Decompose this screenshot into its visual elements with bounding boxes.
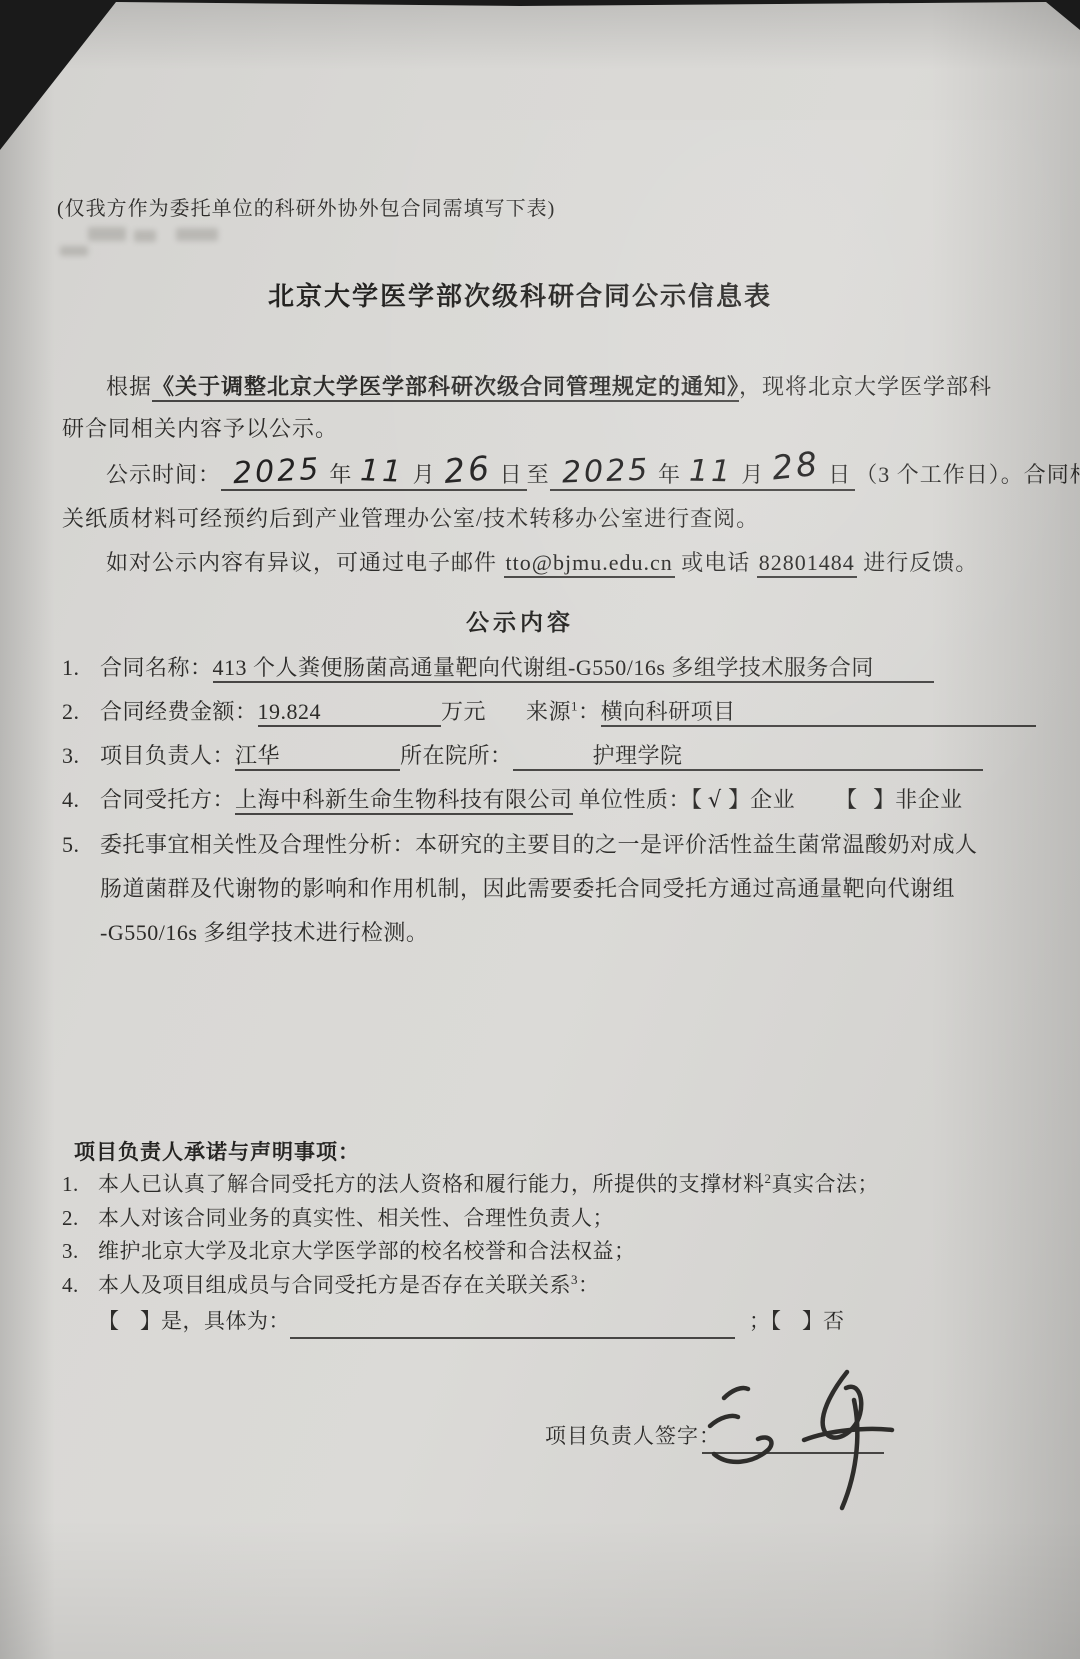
item-body: 合同名称：413 个人粪便肠菌高通量靶向代谢组-G550/16s 多组学技术服务…: [100, 646, 1048, 690]
day-unit: 日: [500, 462, 523, 487]
month-unit: 月: [741, 462, 764, 487]
item-number: 4.: [48, 1269, 98, 1303]
intro-line-2: 研合同相关内容予以公示。: [62, 408, 1022, 450]
leader-value-underline: 江华: [235, 743, 400, 771]
leader-value: 江华: [235, 743, 280, 768]
period-line-1: 公示时间：2025年11月26日至2025年11月28日（3 个工作日）。合同相: [62, 448, 1022, 498]
contract-name-label: 合同名称：: [100, 655, 213, 680]
handwritten-start-year: 2025: [224, 446, 331, 497]
details-blank-underline: [290, 1313, 735, 1339]
year-unit: 年: [329, 462, 352, 487]
signature-handwriting: [684, 1356, 914, 1526]
source-label: 来源1：: [526, 699, 601, 724]
contractor-value: 上海中科新生命生物科技有限公司: [235, 787, 573, 815]
paper-sheet: (仅我方作为委托单位的科研外协外包合同需填写下表) 北京大学医学部次级科研合同公…: [0, 0, 1080, 1659]
text-post: ：: [578, 1273, 600, 1297]
analysis-line-3: -G550/16s 多组学技术进行检测。: [100, 911, 1048, 955]
signature-stroke: [724, 1388, 748, 1398]
item-body: 项目负责人：江华所在院所：护理学院: [100, 734, 1048, 778]
item-number: 3.: [48, 734, 100, 778]
leader-label: 项目负责人：: [100, 743, 235, 768]
analysis-line-2: 肠道菌群及代谢物的影响和作用机制，因此需要委托合同受托方通过高通量靶向代谢组: [100, 867, 1048, 911]
source-colon: ：: [578, 699, 601, 724]
item-body: 委托事宜相关性及合理性分析：本研究的主要目的之一是评价活性益生菌常温酸奶对成人 …: [100, 823, 1048, 955]
checkbox-no: 【 】: [771, 1309, 824, 1333]
signature-stroke: [710, 1416, 738, 1426]
source-value-underline: 横向科研项目: [601, 699, 1036, 727]
institute-value: 护理学院: [593, 743, 683, 768]
intro-after: ，现将北京大学医学部科: [739, 374, 992, 399]
option-enterprise: 企业: [750, 787, 795, 812]
analysis-text-1: 本研究的主要目的之一是评价活性益生菌常温酸奶对成人: [415, 832, 978, 857]
phone-text: 82801484: [757, 550, 857, 578]
day-unit: 日: [828, 462, 851, 487]
intro-prefix: 根据: [106, 374, 152, 399]
handwritten-end-day: 28: [762, 440, 830, 492]
bracket-close: 】: [873, 787, 895, 812]
item-number: 1.: [48, 1168, 98, 1202]
footnote-sup: 3: [571, 1272, 578, 1287]
relation-option-row: 【 】是，具体为：；【 】否: [98, 1305, 1048, 1339]
period-after: （3 个工作日）。合同相: [855, 462, 1080, 487]
item-number: 3.: [48, 1235, 98, 1269]
feedback-line: 如对公示内容有异议，可通过电子邮件 tto@bjmu.edu.cn 或电话 82…: [62, 542, 1066, 584]
contractor-label: 合同受托方：: [100, 787, 235, 812]
item-number: 4.: [48, 778, 100, 823]
content-heading: 公示内容: [0, 604, 1040, 637]
year-unit: 年: [658, 462, 681, 487]
contract-name-value: 413 个人粪便肠菌高通量靶向代谢组-G550/16s 多组学技术服务合同: [213, 655, 934, 683]
publicity-period: 公示时间：2025年11月26日至2025年11月28日（3 个工作日）。合同相…: [62, 448, 1022, 540]
text-post: 真实合法；: [772, 1172, 880, 1196]
item-number: 2.: [48, 690, 100, 734]
handwritten-end-month: 11: [681, 448, 742, 495]
handwritten-end-year: 2025: [553, 447, 659, 497]
intro-paragraph: 根据《关于调整北京大学医学部科研次级合同管理规定的通知》，现将北京大学医学部科 …: [62, 366, 1022, 450]
email-text: tto@bjmu.edu.cn: [504, 550, 675, 578]
photo-shadow-bottom: [0, 1519, 1080, 1659]
checkbox-non-enterprise: 【】: [835, 787, 895, 812]
declaration-text: 本人已认真了解合同受托方的法人资格和履行能力，所提供的支撑材料2真实合法；: [98, 1168, 879, 1202]
text-pre: 本人已认真了解合同受托方的法人资格和履行能力，所提供的支撑材料: [98, 1172, 765, 1196]
handwritten-start-month: 11: [352, 448, 414, 496]
option-non-enterprise: 非企业: [895, 787, 963, 812]
month-unit: 月: [413, 462, 436, 487]
footnote-sup: 2: [765, 1171, 772, 1186]
top-note: (仅我方作为委托单位的科研外协外包合同需填写下表): [57, 192, 555, 221]
item-body: 合同受托方：上海中科新生命生物科技有限公司 单位性质：【√】企业【】非企业: [100, 778, 1048, 823]
signature-stroke: [842, 1400, 857, 1508]
handwritten-start-day: 26: [434, 444, 502, 495]
signature-stroke: [714, 1437, 771, 1461]
source-label-text: 来源: [526, 699, 571, 724]
item-body: 合同经费金额：19.824万元来源1：横向科研项目: [100, 690, 1048, 734]
notice-title: 《关于调整北京大学医学部科研次级合同管理规定的通知》: [152, 374, 739, 402]
amount-value-underline: 19.824: [258, 699, 442, 727]
intro-line-1: 根据《关于调整北京大学医学部科研次级合同管理规定的通知》，现将北京大学医学部科: [62, 366, 1022, 408]
item-number: 5.: [48, 823, 100, 955]
photo-shadow-left: [0, 0, 55, 1659]
declaration-item: 2. 本人对该合同业务的真实性、相关性、合理性负责人；: [48, 1202, 1048, 1236]
option-yes-label: 是，具体为：: [161, 1309, 290, 1333]
analysis-label: 委托事宜相关性及合理性分析：: [100, 832, 415, 857]
ink-bleed-mark: [88, 227, 126, 241]
amount-unit: 万元: [441, 699, 486, 724]
bracket-close: 】: [728, 787, 750, 812]
declaration-item: 4. 本人及项目组成员与合同受托方是否存在关联关系3：: [48, 1269, 1048, 1303]
feedback-suffix: 进行反馈。: [857, 550, 979, 575]
end-date-underline: 2025年11月28日: [550, 462, 856, 491]
analysis-line-1: 委托事宜相关性及合理性分析：本研究的主要目的之一是评价活性益生菌常温酸奶对成人: [100, 823, 1048, 867]
declaration-text: 本人及项目组成员与合同受托方是否存在关联关系3：: [98, 1269, 600, 1303]
institute-label: 所在院所：: [400, 743, 513, 768]
ink-bleed-mark: [134, 230, 156, 242]
period-line-2: 关纸质材料可经预约后到产业管理办公室/技术转移办公室进行查阅。: [62, 498, 1022, 540]
institute-value-underline: 护理学院: [513, 743, 983, 771]
page-title: 北京大学医学部次级科研合同公示信息表: [0, 276, 1040, 313]
option-no-label: 否: [823, 1309, 845, 1333]
text-pre: 本人及项目组成员与合同受托方是否存在关联关系: [98, 1273, 571, 1297]
entity-type-label: 单位性质：: [579, 787, 692, 812]
declaration-text: 维护北京大学及北京大学医学部的校名校誉和合法权益；: [98, 1235, 636, 1269]
declaration-text: 本人对该合同业务的真实性、相关性、合理性负责人；: [98, 1202, 614, 1236]
period-to: 至: [527, 462, 550, 487]
declaration-list: 1. 本人已认真了解合同受托方的法人资格和履行能力，所提供的支撑材料2真实合法；…: [48, 1168, 1048, 1339]
feedback-prefix: 如对公示内容有异议，可通过电子邮件: [106, 550, 504, 575]
footnote-sup: 1: [571, 699, 578, 714]
declaration-heading: 项目负责人承诺与声明事项：: [74, 1136, 360, 1166]
contract-items: 1. 合同名称：413 个人粪便肠菌高通量靶向代谢组-G550/16s 多组学技…: [48, 646, 1048, 955]
bracket-open: 【: [835, 787, 857, 812]
item-analysis: 5. 委托事宜相关性及合理性分析：本研究的主要目的之一是评价活性益生菌常温酸奶对…: [48, 823, 1048, 955]
source-value: 横向科研项目: [601, 699, 736, 724]
item-project-leader: 3. 项目负责人：江华所在院所：护理学院: [48, 734, 1048, 778]
ink-bleed-mark: [176, 228, 218, 241]
amount-label: 合同经费金额：: [100, 699, 258, 724]
item-number: 1.: [48, 646, 100, 690]
checkbox-enterprise: 【√】: [691, 787, 750, 812]
item-contract-name: 1. 合同名称：413 个人粪便肠菌高通量靶向代谢组-G550/16s 多组学技…: [48, 646, 1048, 690]
period-label: 公示时间：: [106, 462, 221, 487]
amount-value: 19.824: [258, 699, 322, 724]
start-date-underline: 2025年11月26日: [221, 462, 527, 491]
ink-bleed-mark: [60, 246, 88, 256]
separator: ；: [735, 1309, 771, 1333]
declaration-item: 3. 维护北京大学及北京大学医学部的校名校誉和合法权益；: [48, 1235, 1048, 1269]
checkbox-yes: 【 】: [98, 1309, 161, 1333]
photo-of-document: { "document": { "top_note": "(仅我方作为委托单位的…: [0, 0, 1080, 1659]
item-number: 2.: [48, 1202, 98, 1236]
item-contractor: 4. 合同受托方：上海中科新生命生物科技有限公司 单位性质：【√】企业【】非企业: [48, 778, 1048, 823]
declaration-item: 1. 本人已认真了解合同受托方的法人资格和履行能力，所提供的支撑材料2真实合法；: [48, 1168, 1048, 1202]
handwritten-check-mark: √: [701, 778, 730, 824]
item-contract-amount: 2. 合同经费金额：19.824万元来源1：横向科研项目: [48, 690, 1048, 734]
feedback-middle: 或电话: [675, 550, 757, 575]
photo-shadow-top: [0, 0, 1080, 70]
